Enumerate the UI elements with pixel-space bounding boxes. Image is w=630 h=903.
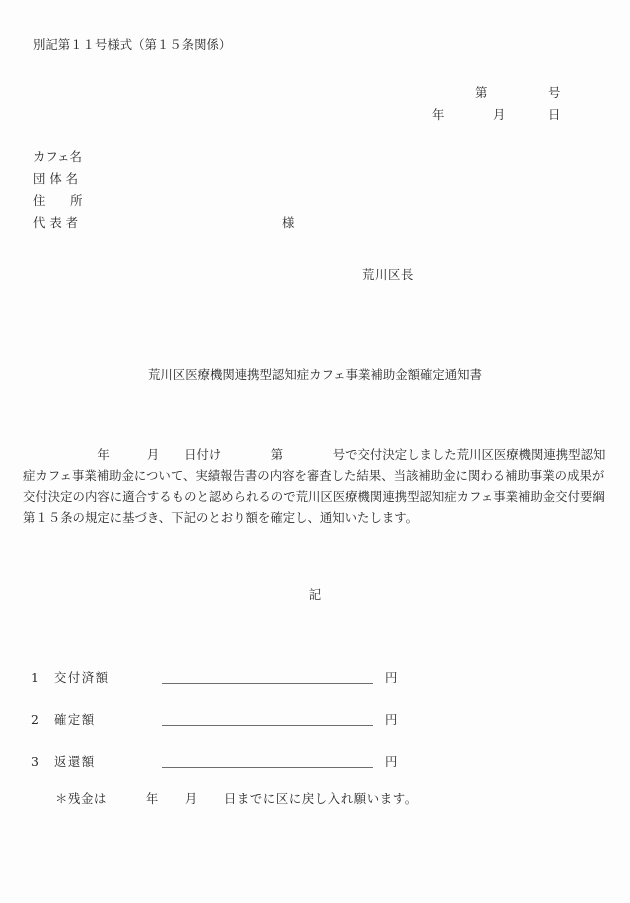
item-label-refund-amount: 返還額 [54, 755, 96, 769]
refund-note: ＊残金は 年 月 日までに区に戻し入れ願います。 [55, 792, 418, 806]
body-line: 年 月 日付け 第 号で交付決定しました荒川区医療機関連携型認知 [23, 448, 605, 462]
yen-unit-label: 円 [385, 755, 397, 769]
amount-blank-field[interactable] [162, 670, 373, 684]
item-label-paid-amount: 交付済額 [54, 671, 110, 685]
item-number: 1 [31, 671, 39, 685]
org-name-label: 団 体 名 [33, 172, 78, 186]
ki-heading: 記 [0, 588, 630, 602]
item-number: 2 [31, 713, 39, 727]
item-number: 3 [31, 755, 39, 769]
form-number-label: 別記第１１号様式（第１５条関係） [33, 38, 231, 52]
doc-number-suffix-label: 号 [548, 86, 560, 100]
doc-number-prefix-label: 第 [475, 86, 487, 100]
amount-blank-field[interactable] [162, 712, 373, 726]
cafe-name-label: カフェ名 [33, 150, 82, 164]
day-label: 日 [548, 108, 560, 122]
representative-label: 代 表 者 [33, 216, 78, 230]
month-label: 月 [493, 108, 505, 122]
year-label: 年 [432, 108, 444, 122]
body-line: 交付決定の内容に適合するものと認められるので荒川区医療機関連携型認知症カフェ事業… [23, 490, 605, 504]
yen-unit-label: 円 [385, 713, 397, 727]
body-line: 第１５条の規定に基づき、下記のとおり額を確定し、通知いたします。 [23, 511, 418, 525]
sender-name: 荒川区長 [362, 268, 414, 282]
body-line: 症カフェ事業補助金について、実績報告書の内容を審査した結果、当該補助金に関わる補… [23, 469, 604, 483]
amount-blank-field[interactable] [162, 754, 373, 768]
address-label: 住 所 [33, 194, 83, 208]
document-page: 別記第１１号様式（第１５条関係） 第 号 年 月 日 カフェ名 団 体 名 住 … [0, 0, 630, 903]
honorific-label: 様 [282, 216, 294, 230]
document-title: 荒川区医療機関連携型認知症カフェ事業補助金額確定通知書 [0, 368, 630, 382]
item-label-confirmed-amount: 確定額 [54, 713, 96, 727]
yen-unit-label: 円 [385, 671, 397, 685]
